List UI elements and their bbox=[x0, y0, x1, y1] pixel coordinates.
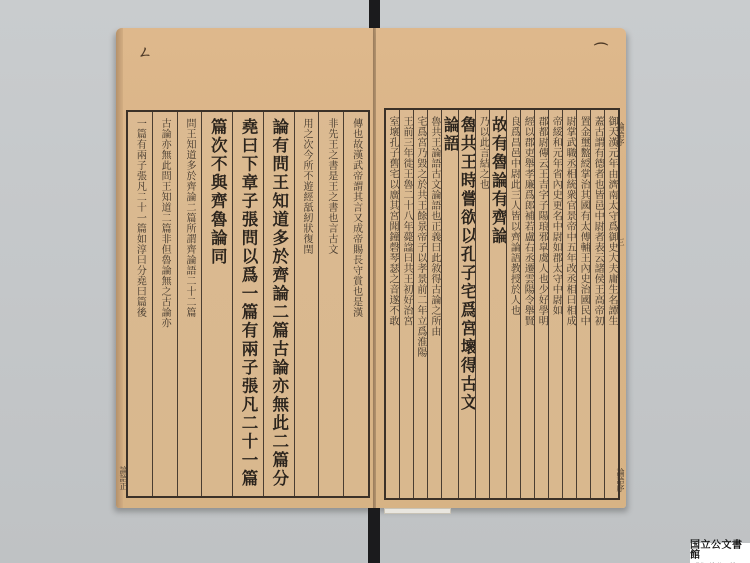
text-column: 一篇有兩子張凡二十一篇如淳曰分堯曰篇後 bbox=[128, 112, 152, 496]
right-page-number: 三 bbox=[615, 238, 626, 246]
stamp-japanese: 国立公文書館 bbox=[690, 541, 750, 561]
right-margin-top: 論語序 bbox=[615, 122, 626, 146]
corner-mark-right: ⌒ bbox=[594, 40, 608, 60]
text-column: 篇次不與齊魯論同 bbox=[201, 112, 232, 496]
text-column: 用之次今所不遊經舐紉狀復閏 bbox=[294, 112, 319, 496]
left-page: ㄥ 傳也故漢武帝謂其言又成帝賜長守賞也是漢非先王之書是王之書也言古文用之次今所不… bbox=[116, 28, 374, 508]
right-page: ⌒ 御天漢元年由濟南太守爲御史大夫庸生名譚生蓋古謂有德者也皆邑中尉者表云諸侯王高… bbox=[376, 28, 626, 508]
right-text-columns: 御天漢元年由濟南太守爲御史大夫庸生名譚生蓋古謂有德者也皆邑中尉者表云諸侯王高帝初… bbox=[386, 110, 618, 498]
archive-stamp: 国立公文書館 National Archives of Japan bbox=[690, 543, 750, 563]
text-column: 非先王之書是王之書也言古文 bbox=[318, 112, 343, 496]
text-column: 故有魯論有齊論 bbox=[489, 110, 506, 498]
text-column: 御天漢元年由濟南太守爲御史大夫庸生名譚生 bbox=[604, 110, 618, 498]
paper-slip bbox=[384, 508, 451, 514]
text-column: 論有問王知道多於齊論二篇古論亦無此二篇分 bbox=[263, 112, 294, 496]
text-column: 論語 bbox=[441, 110, 458, 498]
text-column: 宅爲宮乃毀之於共王餘景帝子以孝景前二年立爲淮陽 bbox=[413, 110, 427, 498]
text-column: 良爲昌邑中尉此三人皆以齊論語教授於人也 bbox=[506, 110, 520, 498]
text-column: 堯曰下章子張問以爲一篇有兩子張凡二十一篇 bbox=[232, 112, 263, 496]
text-column: 乃以此言結之也 bbox=[475, 110, 489, 498]
text-column: 蓋古謂有德者也皆邑中尉者表云諸侯王高帝初 bbox=[590, 110, 604, 498]
corner-mark-left: ㄥ bbox=[138, 42, 152, 62]
text-column: 古論亦無此問王知道二篇非但魯論無之古論亦 bbox=[152, 112, 177, 496]
text-column: 帝綏和元年省內史更名中尉如郡太守中尉如 bbox=[548, 110, 562, 498]
text-column: 尉掌武職丞相統衆官景帝中五年改丞相曰相成 bbox=[562, 110, 576, 498]
left-text-columns: 傳也故漢武帝謂其言又成帝賜長守賞也是漢非先王之書是王之書也言古文用之次今所不遊經… bbox=[128, 112, 368, 496]
text-column: 置金璽盭綬掌治其國有太傅輔王內史治國民中 bbox=[576, 110, 590, 498]
text-column: 經以郡吏舉孝廉爲郎補若盧右丞遷雲陽令舉賢 bbox=[520, 110, 534, 498]
binding-tape-bottom bbox=[368, 508, 380, 563]
right-margin-bottom: 論語序 bbox=[615, 468, 626, 492]
text-column: 魯共王論語古文論語也正義曰此敘得古論之所由 bbox=[427, 110, 441, 498]
text-column: 傳也故漢武帝謂其言又成帝賜長守賞也是漢 bbox=[343, 112, 368, 496]
left-print-frame: 傳也故漢武帝謂其言又成帝賜長守賞也是漢非先王之書是王之書也言古文用之次今所不遊經… bbox=[126, 110, 370, 498]
text-column: 魯共王時嘗欲以孔子宅爲宮壞得古文 bbox=[458, 110, 475, 498]
text-column: 室壞孔子舊宅以廣其宮聞鐘磬琴瑟之音遂不敢 bbox=[386, 110, 399, 498]
text-column: 王前三年徙王魯二十八年薨諡曰共王初好治宮 bbox=[399, 110, 413, 498]
left-margin-note: 論語正 bbox=[118, 466, 129, 490]
text-column: 郡都尉傳云王吉字子陽琅邪皐虞人也少好學明 bbox=[534, 110, 548, 498]
right-print-frame: 御天漢元年由濟南太守爲御史大夫庸生名譚生蓋古謂有德者也皆邑中尉者表云諸侯王高帝初… bbox=[384, 108, 620, 500]
text-column: 問王知道多於齊論二篇所謂齊論語二十二篇 bbox=[177, 112, 202, 496]
